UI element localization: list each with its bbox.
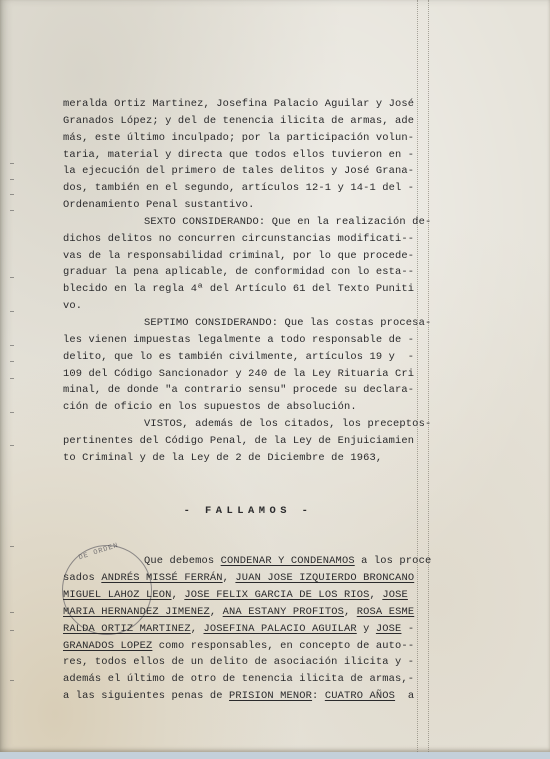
penalty-duration: CUATRO AÑOS <box>325 690 395 702</box>
text-line: pertinentes del Código Penal, de la Ley … <box>63 433 423 450</box>
text-line: a las siguientes penas de PRISION MENOR:… <box>63 688 423 705</box>
margin-tick <box>10 412 14 413</box>
text-span: , <box>210 606 223 618</box>
text-line: Que debemos CONDENAR Y CONDENAMOS a los … <box>63 553 423 570</box>
text-line: SEPTIMO CONSIDERANDO: Que las costas pro… <box>63 315 423 332</box>
margin-tick <box>10 546 14 547</box>
margin-tick <box>10 179 14 180</box>
paragraph-sexto-considerando: SEXTO CONSIDERANDO: Que en la realizació… <box>63 214 423 315</box>
text-span: sados <box>63 572 101 584</box>
text-span: a los proce <box>355 555 432 567</box>
text-line: la ejecución del primero de tales delito… <box>63 163 423 180</box>
text-span: : <box>312 690 325 702</box>
text-line: meralda Ortiz Martinez, Josefina Palacio… <box>63 96 423 113</box>
text-span: , <box>344 606 357 618</box>
text-line: Granados López; y del de tenencia ilicit… <box>63 113 423 130</box>
margin-tick <box>10 210 14 211</box>
text-span: a <box>395 690 414 702</box>
text-line: además el último de otro de tenencia ili… <box>63 671 423 688</box>
text-line: minal, de donde "a contrario sensu" proc… <box>63 382 423 399</box>
margin-tick <box>10 361 14 362</box>
text-span: , <box>172 589 185 601</box>
text-span: y <box>357 623 376 635</box>
text-span: como responsables, en concepto de auto-- <box>152 640 414 652</box>
paragraph-vistos: VISTOS, además de los citados, los prece… <box>63 416 423 467</box>
defendant-name: JOSE <box>376 623 402 635</box>
defendant-name: JOSE <box>382 589 408 601</box>
margin-tick <box>10 680 14 681</box>
margin-tick <box>10 163 14 164</box>
margin-tick <box>10 630 14 631</box>
margin-tick <box>10 345 14 346</box>
defendant-name: MIGUEL LAHOZ LEON <box>63 589 172 601</box>
margin-tick <box>10 378 14 379</box>
defendant-name: ANA ESTANY PROFITOS <box>223 606 344 618</box>
defendant-name: ROSA ESME <box>357 606 414 618</box>
fallamos-heading: - FALLAMOS - <box>63 503 423 520</box>
text-line: VISTOS, además de los citados, los prece… <box>63 416 423 433</box>
margin-tick <box>10 194 14 195</box>
paragraph-continuation: meralda Ortiz Martinez, Josefina Palacio… <box>63 96 423 214</box>
penalty-type: PRISION MENOR <box>229 690 312 702</box>
text-line: delito, que lo es también civilmente, ar… <box>63 349 423 366</box>
scan-background <box>0 752 550 759</box>
text-line: SEXTO CONSIDERANDO: Que en la realizació… <box>63 214 423 231</box>
defendant-name: RALDA ORTIZ MARTINEZ <box>63 623 191 635</box>
margin-tick <box>10 445 14 446</box>
condemn-verb: CONDENAR Y CONDENAMOS <box>221 555 355 567</box>
text-line: MARIA HERNANDEZ JIMENEZ, ANA ESTANY PROF… <box>63 604 423 621</box>
text-line: GRANADOS LOPEZ como responsables, en con… <box>63 638 423 655</box>
text-span: a las siguientes penas de <box>63 690 229 702</box>
text-line: más, este último inculpado; por la parti… <box>63 130 423 147</box>
text-span: , <box>223 572 236 584</box>
text-line: RALDA ORTIZ MARTINEZ, JOSEFINA PALACIO A… <box>63 621 423 638</box>
defendant-name: GRANADOS LOPEZ <box>63 640 152 652</box>
text-line: ción de oficio en los supuestos de absol… <box>63 399 423 416</box>
text-line: to Criminal y de la Ley de 2 de Diciembr… <box>63 450 423 467</box>
paragraph-septimo-considerando: SEPTIMO CONSIDERANDO: Que las costas pro… <box>63 315 423 416</box>
text-span: , <box>191 623 204 635</box>
margin-guide-line <box>428 0 429 752</box>
text-line: MIGUEL LAHOZ LEON, JOSE FELIX GARCIA DE … <box>63 587 423 604</box>
defendant-name: ANDRÉS MISSÉ FERRÁN <box>101 572 222 584</box>
text-line: sados ANDRÉS MISSÉ FERRÁN, JUAN JOSE IZQ… <box>63 570 423 587</box>
typewritten-body: meralda Ortiz Martinez, Josefina Palacio… <box>63 96 423 705</box>
text-span: Que debemos <box>144 555 221 567</box>
paragraph-fallo: Que debemos CONDENAR Y CONDENAMOS a los … <box>63 553 423 705</box>
text-line: les vienen impuestas legalmente a todo r… <box>63 332 423 349</box>
text-line: vas de la responsabilidad criminal, por … <box>63 248 423 265</box>
text-line: res, todos ellos de un delito de asociac… <box>63 654 423 671</box>
margin-tick <box>10 311 14 312</box>
text-line: vo. <box>63 298 423 315</box>
text-line: taria, material y directa que todos ello… <box>63 147 423 164</box>
text-line: blecido en la regla 4ª del Artículo 61 d… <box>63 281 423 298</box>
defendant-name: JUAN JOSE IZQUIERDO BRONCANO <box>235 572 414 584</box>
text-line: graduar la pena aplicable, de conformida… <box>63 264 423 281</box>
margin-tick <box>10 612 14 613</box>
text-line: Ordenamiento Penal sustantivo. <box>63 197 423 214</box>
defendant-name: JOSEFINA PALACIO AGUILAR <box>204 623 357 635</box>
document-page: DE ORDEN meralda Ortiz Martinez, Josefin… <box>0 0 550 752</box>
text-line: dos, también en el segundo, artículos 12… <box>63 180 423 197</box>
defendant-name: JOSE FELIX GARCIA DE LOS RIOS <box>184 589 369 601</box>
margin-tick <box>10 277 14 278</box>
text-span: - <box>401 623 414 635</box>
defendant-name: MARIA HERNANDEZ JIMENEZ <box>63 606 210 618</box>
text-line: dichos delitos no concurren circunstanci… <box>63 231 423 248</box>
text-span: , <box>370 589 383 601</box>
text-line: 109 del Código Sancionador y 240 de la L… <box>63 366 423 383</box>
